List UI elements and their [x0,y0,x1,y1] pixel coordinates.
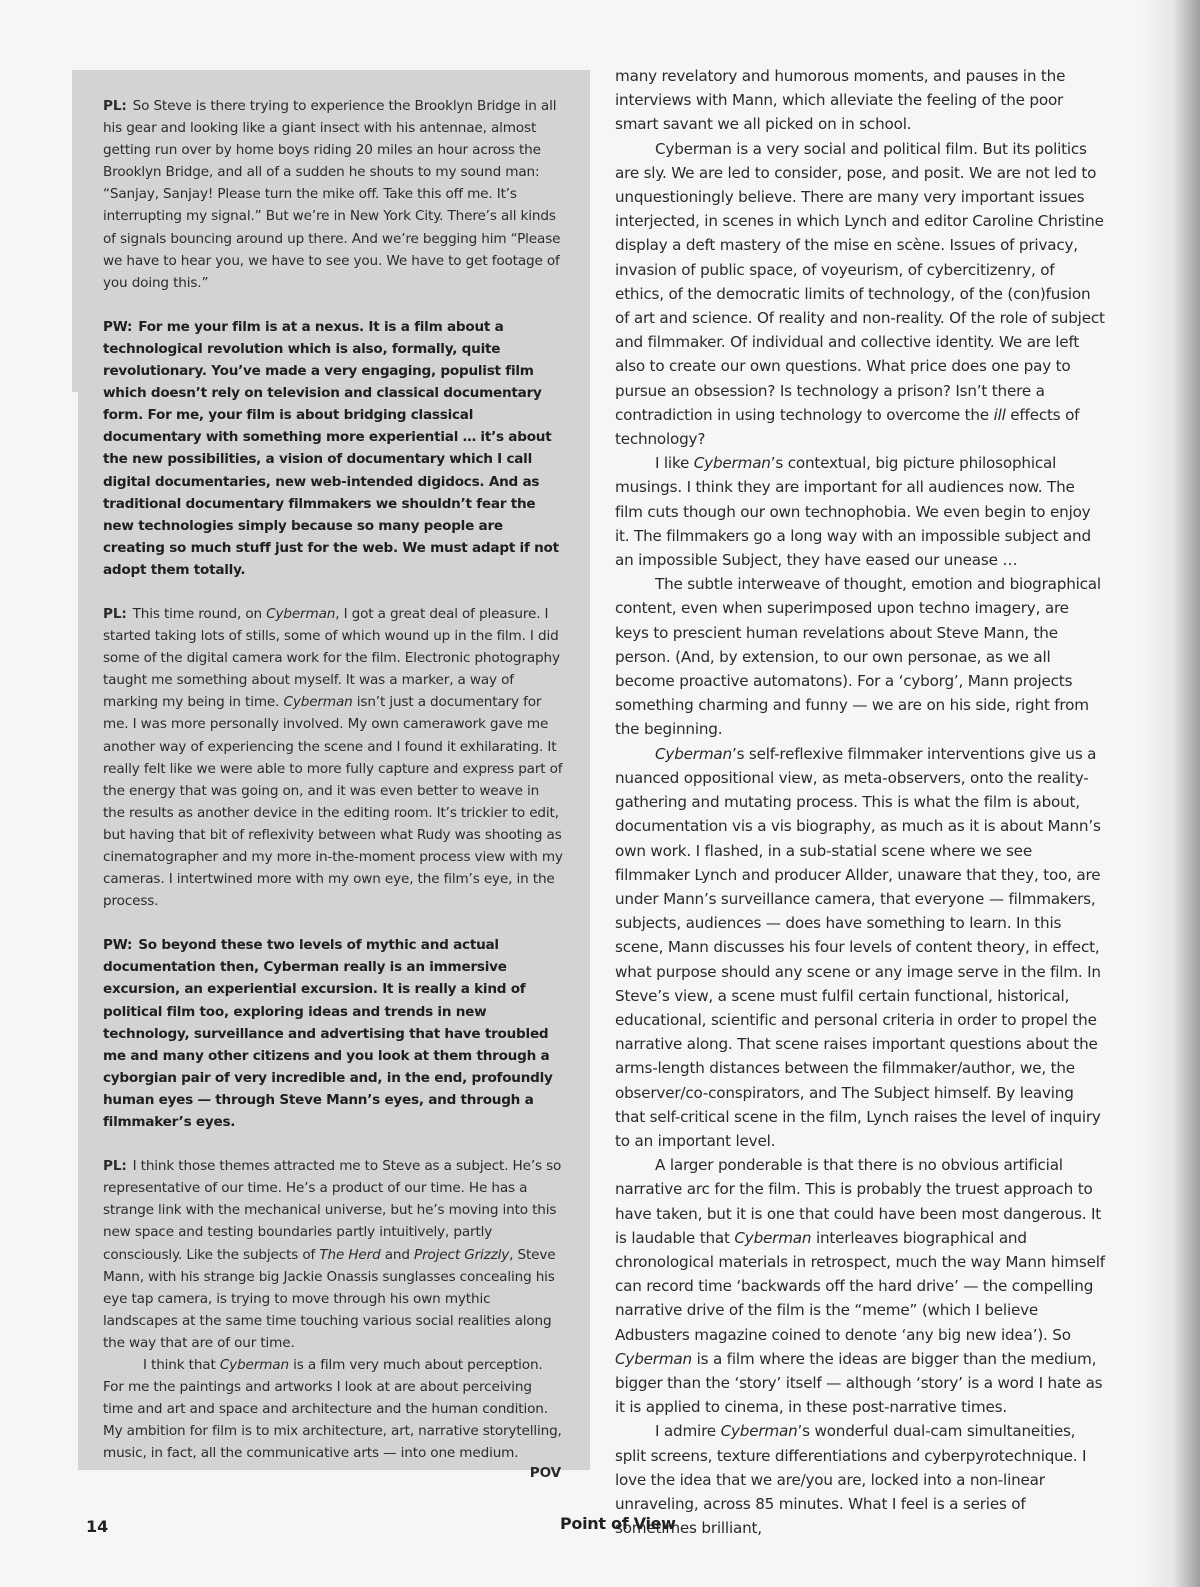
interview-block-5: PL:I think those themes attracted me to … [103,1155,563,1354]
page-number: 14 [86,1517,108,1536]
film-title: Cyberman [694,454,771,472]
interview-block-3: PL:This time round, on Cyberman, I got a… [103,603,563,912]
interview-text: So Steve is there trying to experience t… [103,98,560,291]
film-title: Cyberman [655,745,732,763]
review-paragraph-7: I admire Cyberman’s wonderful dual-cam s… [615,1419,1105,1540]
interview-block-4: PW:So beyond these two levels of mythic … [103,934,563,1133]
page-binding-shadow [1140,0,1200,1587]
film-title: Cyberman [721,1422,798,1440]
film-title: Project Grizzly [414,1247,509,1263]
interview-text: and [381,1247,414,1263]
review-text: The subtle interweave of thought, emotio… [615,575,1101,738]
interview-text: I think that [143,1357,220,1373]
interview-text: For me your film is at a nexus. It is a … [103,319,559,578]
review-paragraph-1: many revelatory and humorous moments, an… [615,64,1105,137]
speaker-label: PL: [103,606,127,622]
film-title: Cyberman [734,1229,811,1247]
interview-block-1: PL:So Steve is there trying to experienc… [103,95,563,294]
interview-text: This time round, on [133,606,267,622]
review-text: Cyberman is a very social and political … [615,140,1105,424]
film-title: Cyberman [284,694,353,710]
review-text: I like [655,454,694,472]
publication-title: Point of View [560,1514,676,1533]
review-paragraph-2: Cyberman is a very social and political … [615,137,1105,452]
interview-text: isn’t just a documentary for me. I was m… [103,694,563,909]
review-column: many revelatory and humorous moments, an… [615,64,1105,1540]
speaker-label: PW: [103,937,132,953]
film-title: Cyberman [615,1350,692,1368]
review-paragraph-4: The subtle interweave of thought, emotio… [615,572,1105,741]
review-paragraph-6: A larger ponderable is that there is no … [615,1153,1105,1419]
review-paragraph-5: Cyberman’s self-reflexive filmmaker inte… [615,742,1105,1153]
film-title: The Herd [319,1247,380,1263]
interview-block-2: PW:For me your film is at a nexus. It is… [103,316,563,581]
end-mark: POV [103,1462,563,1484]
film-title: Cyberman [266,606,335,622]
speaker-label: PL: [103,1158,127,1174]
review-text: ’s self-reflexive filmmaker intervention… [615,745,1101,1150]
speaker-label: PW: [103,319,132,335]
review-text: I admire [655,1422,721,1440]
review-text: many revelatory and humorous moments, an… [615,67,1065,133]
interview-text: So beyond these two levels of mythic and… [103,937,553,1130]
interview-block-6: I think that Cyberman is a film very muc… [103,1354,563,1485]
review-paragraph-3: I like Cyberman’s contextual, big pictur… [615,451,1105,572]
interview-column: PL:So Steve is there trying to experienc… [103,95,563,1507]
speaker-label: PL: [103,98,127,114]
film-title: Cyberman [220,1357,289,1373]
emphasis: ill [994,406,1006,424]
